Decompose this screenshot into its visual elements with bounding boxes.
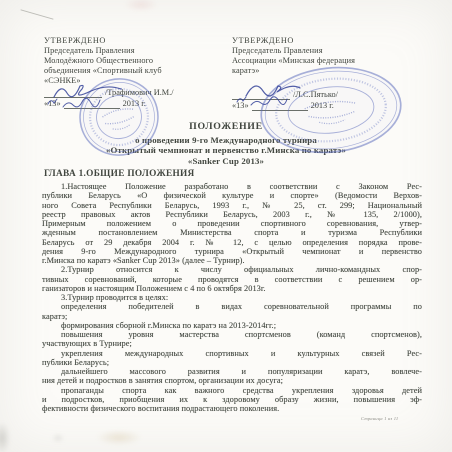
document-subtitle: о проведении 9-го Международного турнира… — [0, 135, 452, 166]
approval-line: каратэ» — [232, 66, 420, 76]
date-day: «13» — [232, 101, 249, 111]
body-text-line: дения 9-го Международного турнира «Откры… — [42, 247, 422, 256]
body-text-line: публики Беларусь «О физической культуре … — [42, 191, 422, 200]
body-text-line: 1.Настоящее Положение разработано в соот… — [42, 182, 422, 191]
signature-name: /Л.С.Пятько/ — [293, 90, 338, 100]
approval-line: Председатель Правления — [232, 46, 420, 56]
body-text-line: 3.Турнир проводится в целях: — [42, 293, 422, 302]
document-title: ПОЛОЖЕНИЕ — [0, 121, 452, 132]
body-text-line: пропаганды спорта как важного средства у… — [42, 386, 422, 395]
body-text-line: повышения уровня мастерства спортсменов … — [42, 330, 422, 339]
body-text-line: публики Беларусь; — [42, 358, 422, 367]
page-footer: Страница 1 из 11 — [361, 417, 398, 422]
body-text-line: ния детей и подростков в занятия спортом… — [42, 376, 422, 385]
scan-smudge — [124, 0, 158, 11]
scan-smudge — [52, 434, 64, 442]
scan-scratch-mark — [21, 9, 54, 19]
approval-lines: Председатель ПравленияАссоциации «Минска… — [232, 46, 420, 76]
scanned-document-page: УТВЕРЖДЕНО Председатель ПравленияМолодёж… — [0, 0, 452, 452]
approval-line: Молодёжного Общественного — [44, 56, 232, 66]
body-text-line: каратэ; — [42, 312, 422, 321]
body-text-line: и подростков, приобщения их к здоровому … — [42, 395, 422, 404]
approval-block-right: УТВЕРЖДЕНО Председатель ПравленияАссоциа… — [232, 36, 420, 111]
approval-line: Ассоциации «Минская федерация — [232, 56, 420, 66]
date-blank-line — [64, 100, 120, 109]
approval-line: «СЭНКЕ» — [44, 76, 232, 86]
scan-smudge — [96, 430, 142, 445]
body-text-line: ганизаторов и настоящим Положением с 4 п… — [42, 284, 422, 293]
date-year: 2013 г. — [311, 101, 334, 111]
body-text-line: 2.Турнир относится к числу официальных л… — [42, 265, 422, 274]
signature-row: /Трафимович И.М./ — [44, 88, 232, 98]
signature-blank-line — [232, 91, 290, 100]
document-subtitle-line: о проведении 9-го Международного турнира — [0, 135, 452, 145]
date-row: «13» 2013 г. — [232, 101, 420, 111]
signature-blank-line — [44, 89, 102, 98]
approval-lines: Председатель ПравленияМолодёжного Общест… — [44, 46, 232, 86]
body-text-line: тивных соревнований, которые проводятся … — [42, 275, 422, 284]
document-body: 1.Настоящее Положение разработано в соот… — [42, 182, 422, 413]
body-text-line: укрепления международных спортивных и ку… — [42, 349, 422, 358]
approval-title: УТВЕРЖДЕНО — [232, 36, 420, 46]
body-text-line: формирования сборной г.Минска по каратэ … — [42, 321, 422, 330]
document-subtitle-line: «Sanker Cup 2013» — [0, 156, 452, 166]
approval-line: объединения «Спортивный клуб — [44, 66, 232, 76]
approval-line: Председатель Правления — [44, 46, 232, 56]
body-text-line: ного Совета Республики Беларусь, 1993 г.… — [42, 201, 422, 210]
date-row: «13» 2013 г. — [44, 99, 232, 109]
body-text-line: определения победителей в видах соревнов… — [42, 302, 422, 311]
body-text-line: г.Минска по каратэ «Sanker Cup 2013» (да… — [42, 256, 422, 265]
body-text-line: жденным постановлением Министерства спор… — [42, 228, 422, 237]
approval-block-left: УТВЕРЖДЕНО Председатель ПравленияМолодёж… — [44, 36, 232, 109]
body-text-line: дальнейшего массового развития и популяр… — [42, 367, 422, 376]
signature-row: /Л.С.Пятько/ — [232, 90, 420, 100]
date-day: «13» — [44, 99, 61, 109]
body-text-line: фективности физического воспитания подра… — [42, 404, 422, 413]
body-text-line: реестр правовых актов Республики Беларус… — [42, 210, 422, 219]
document-subtitle-line: «Открытый чемпионат и первенство г.Минск… — [0, 145, 452, 155]
chapter-heading: ГЛАВА 1.ОБЩИЕ ПОЛОЖЕНИЯ — [44, 169, 195, 179]
date-blank-line — [252, 102, 308, 111]
approval-title: УТВЕРЖДЕНО — [44, 36, 232, 46]
body-text-line: Беларусь от 29 декабря 2004 г. № 12, с ц… — [42, 238, 422, 247]
body-text-line: Примерным положением о проведении спорти… — [42, 219, 422, 228]
signature-name: /Трафимович И.М./ — [105, 88, 174, 98]
scan-smudge — [0, 422, 10, 452]
date-year: 2013 г. — [123, 99, 146, 109]
body-text-line: участвующих в Турнире; — [42, 339, 422, 348]
